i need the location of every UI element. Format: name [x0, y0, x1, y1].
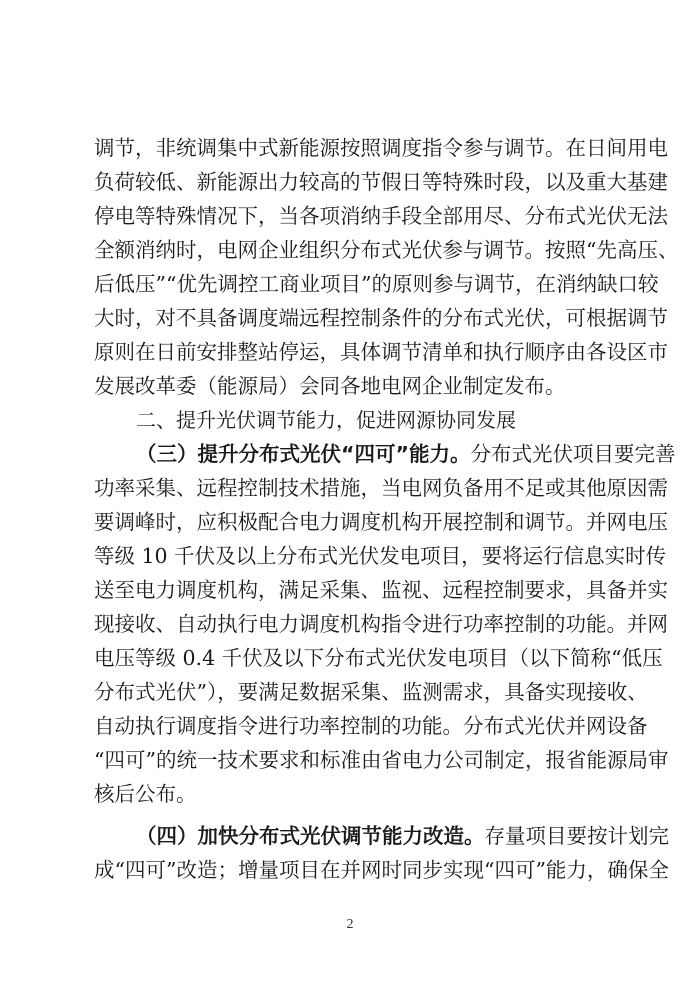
- text-line: 现接收、自动执行电力调度机构指令进行功率控制的功能。并网: [94, 607, 609, 641]
- paragraph-lead-line: （四）加快分布式光伏调节能力改造。存量项目要按计划完: [136, 819, 609, 853]
- document-page: 调节，非统调集中式新能源按照调度指令参与调节。在日间用电 负荷较低、新能源出力较…: [0, 0, 700, 989]
- subsection-title: （三）提升分布式光伏“四可”能力。: [136, 442, 470, 466]
- text-line: 送至电力调度机构，满足采集、监视、远程控制要求，具备并实: [94, 573, 609, 607]
- text-line: 全额消纳时，电网企业组织分布式光伏参与调节。按照“先高压、: [94, 233, 609, 267]
- text-line: 调节，非统调集中式新能源按照调度指令参与调节。在日间用电: [94, 131, 609, 165]
- text-line: 后低压”“优先调控工商业项目”的原则参与调节，在消纳缺口较: [94, 267, 609, 301]
- page-number: 2: [340, 917, 360, 933]
- text-span: 分布式光伏项目要完善: [470, 442, 675, 466]
- text-line: 大时，对不具备调度端远程控制条件的分布式光伏，可根据调节: [94, 301, 609, 335]
- text-line: “四可”的统一技术要求和标准由省电力公司制定，报省能源局审: [94, 743, 609, 777]
- subsection-title: （四）加快分布式光伏调节能力改造。: [136, 824, 485, 848]
- text-line: 等级 10 千伏及以上分布式光伏发电项目，要将运行信息实时传: [94, 539, 609, 573]
- text-line: 分布式光伏”），要满足数据采集、监测需求，具备实现接收、: [94, 675, 609, 709]
- text-line: 成“四可”改造；增量项目在并网时同步实现“四可”能力，确保全: [94, 853, 609, 887]
- text-line: 要调峰时，应积极配合电力调度机构开展控制和调节。并网电压: [94, 505, 609, 539]
- paragraph-lead-line: （三）提升分布式光伏“四可”能力。分布式光伏项目要完善: [136, 437, 609, 471]
- text-span: 存量项目要按计划完: [485, 824, 670, 848]
- text-line: 自动执行调度指令进行功率控制的功能。分布式光伏并网设备: [94, 709, 609, 743]
- text-line: 发展改革委（能源局）会同各地电网企业制定发布。: [94, 369, 609, 403]
- text-line: 原则在日前安排整站停运，具体调节清单和执行顺序由各设区市: [94, 335, 609, 369]
- text-line: 停电等特殊情况下，当各项消纳手段全部用尽、分布式光伏无法: [94, 199, 609, 233]
- text-line: 电压等级 0.4 千伏及以下分布式光伏发电项目（以下简称“低压: [94, 641, 609, 675]
- text-line: 负荷较低、新能源出力较高的节假日等特殊时段，以及重大基建: [94, 165, 609, 199]
- text-line: 核后公布。: [94, 777, 609, 811]
- text-line: 功率采集、远程控制技术措施，当电网负备用不足或其他原因需: [94, 471, 609, 505]
- section-heading: 二、提升光伏调节能力，促进网源协同发展: [136, 403, 609, 437]
